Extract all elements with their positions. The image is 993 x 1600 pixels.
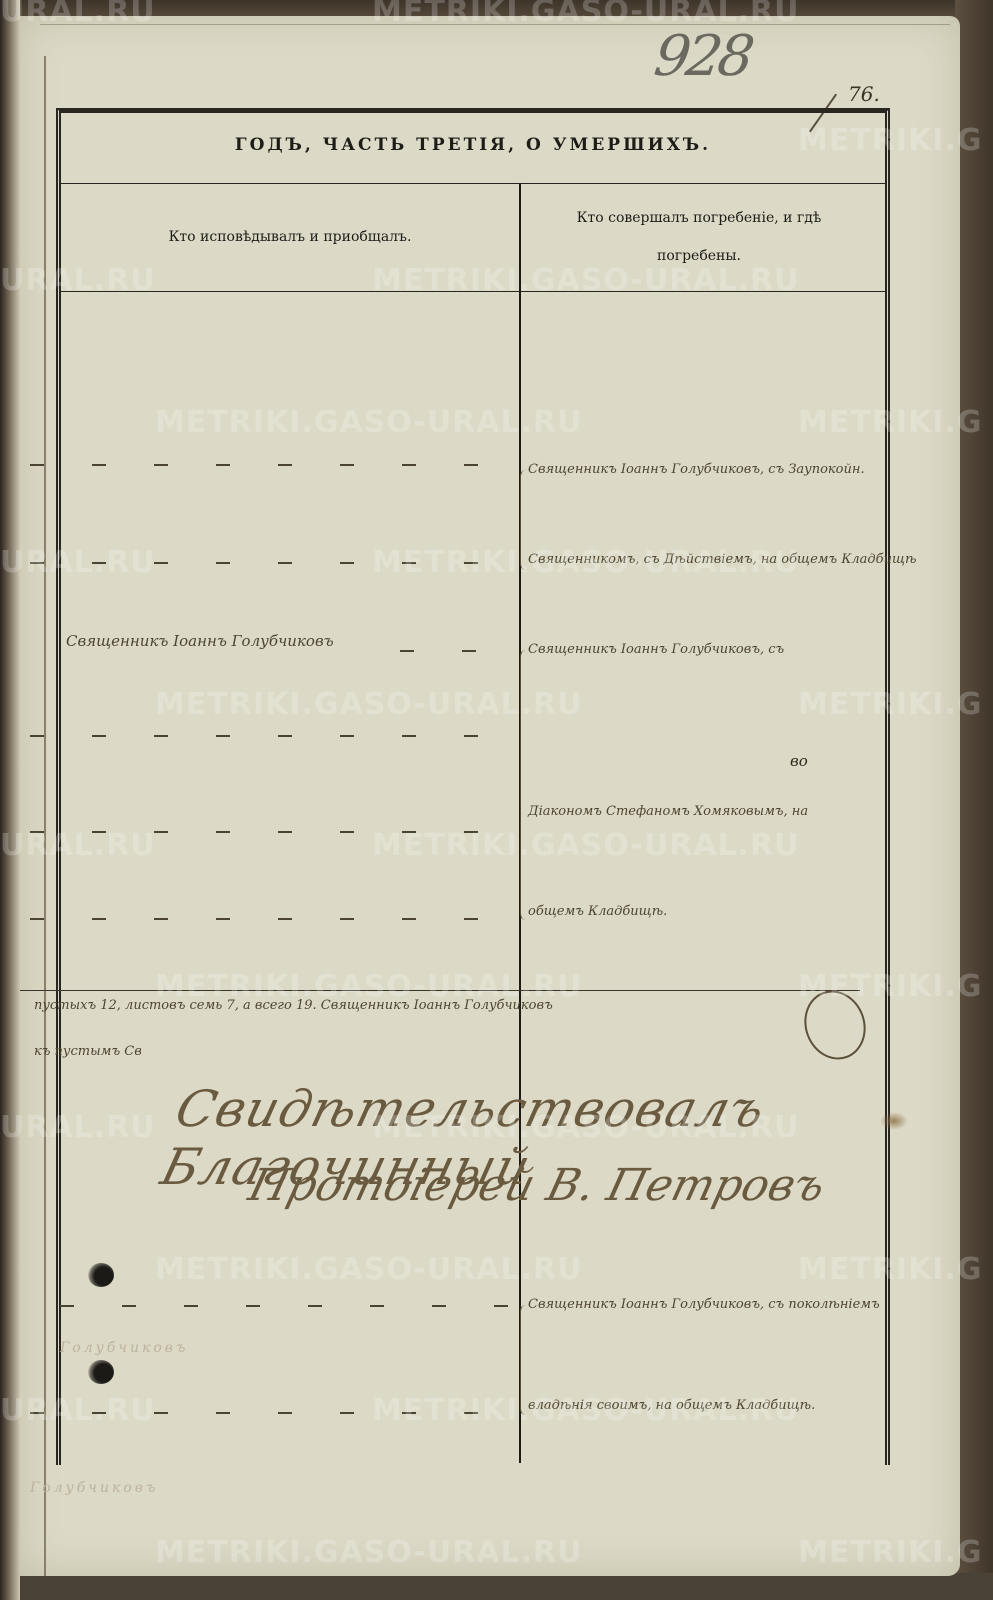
folio-number: 76. [848, 82, 880, 106]
watermark: METRIKI.GASO-URAL.RU [155, 687, 583, 722]
watermark: METRIKI.GASO-URAL.RU [155, 405, 583, 440]
binding-hole [88, 1360, 114, 1384]
watermark: METRIKI.GASO-URAL.RU [155, 1252, 583, 1287]
watermark: METRIKI.G [798, 1252, 983, 1287]
watermark: METRIKI.G [798, 405, 983, 440]
watermark: METRIKI.GASO-URAL.RU [155, 1535, 583, 1570]
bleed-through-text: Голубчиковъ [30, 1480, 158, 1496]
watermark: URAL.RU [0, 1110, 156, 1145]
watermark: METRIKI.GASO-URAL.RU [372, 1110, 800, 1145]
ink-blot [880, 1112, 908, 1130]
confessor-entry: Священникъ Іоаннъ Голубчиковъ [66, 632, 334, 650]
burial-entry-3: Священникъ Іоаннъ Голубчиковъ, съ [528, 642, 784, 657]
filler-dashes [30, 918, 510, 920]
filler-dashes [400, 650, 510, 652]
burial-entry-4: Діакономъ Стефаномъ Хомяковымъ, на [528, 804, 808, 819]
burial-entry-1: Священникъ Іоаннъ Голубчиковъ, съ Заупок… [528, 462, 865, 477]
watermark: METRIKI.GASO-URAL.RU [155, 969, 583, 1004]
page-title: ГОДЪ, ЧАСТЬ ТРЕТІЯ, О УМЕРШИХЪ. [61, 135, 885, 155]
filler-dashes [30, 735, 510, 737]
watermark: URAL.RU [0, 0, 156, 29]
binding-hole [88, 1263, 114, 1287]
column-header-burial-line1: Кто совершалъ погребеніе, и гдѣ [523, 199, 875, 237]
watermark: URAL.RU [0, 263, 156, 298]
watermark: URAL.RU [0, 1393, 156, 1428]
watermark: METRIKI.GASO-URAL.RU [372, 263, 800, 298]
archive-number: 928 [650, 24, 754, 89]
watermark: METRIKI.G [798, 123, 983, 158]
superscript-note: во [790, 752, 808, 770]
watermark: METRIKI.GASO-URAL.RU [372, 545, 800, 580]
filler-dashes [30, 464, 510, 466]
watermark: METRIKI.G [798, 687, 983, 722]
bleed-through-text: Голубчиковъ [60, 1340, 188, 1356]
closing-note-line2: къ пустымъ Св [34, 1044, 142, 1059]
dean-signature-line2: Протоіерей В. Петровъ [244, 1160, 831, 1211]
watermark: URAL.RU [0, 828, 156, 863]
watermark: METRIKI.GASO-URAL.RU [372, 0, 800, 29]
watermark: METRIKI.GASO-URAL.RU [372, 828, 800, 863]
watermark: METRIKI.GASO-URAL.RU [372, 1393, 800, 1428]
burial-entry-6: Священникъ Іоаннъ Голубчиковъ, съ поколѣ… [528, 1297, 880, 1312]
watermark: METRIKI.G [798, 1535, 983, 1570]
filler-dashes [60, 1305, 510, 1307]
burial-entry-5: общемъ Кладбищѣ. [528, 904, 667, 919]
book-binding [0, 0, 20, 1600]
watermark: METRIKI.G [798, 969, 983, 1004]
watermark: URAL.RU [0, 545, 156, 580]
column-header-confessor-label: Кто исповѣдывалъ и приобщалъ. [169, 229, 412, 245]
scan-background-right [955, 0, 993, 1600]
scan-background-bottom [0, 1573, 993, 1600]
